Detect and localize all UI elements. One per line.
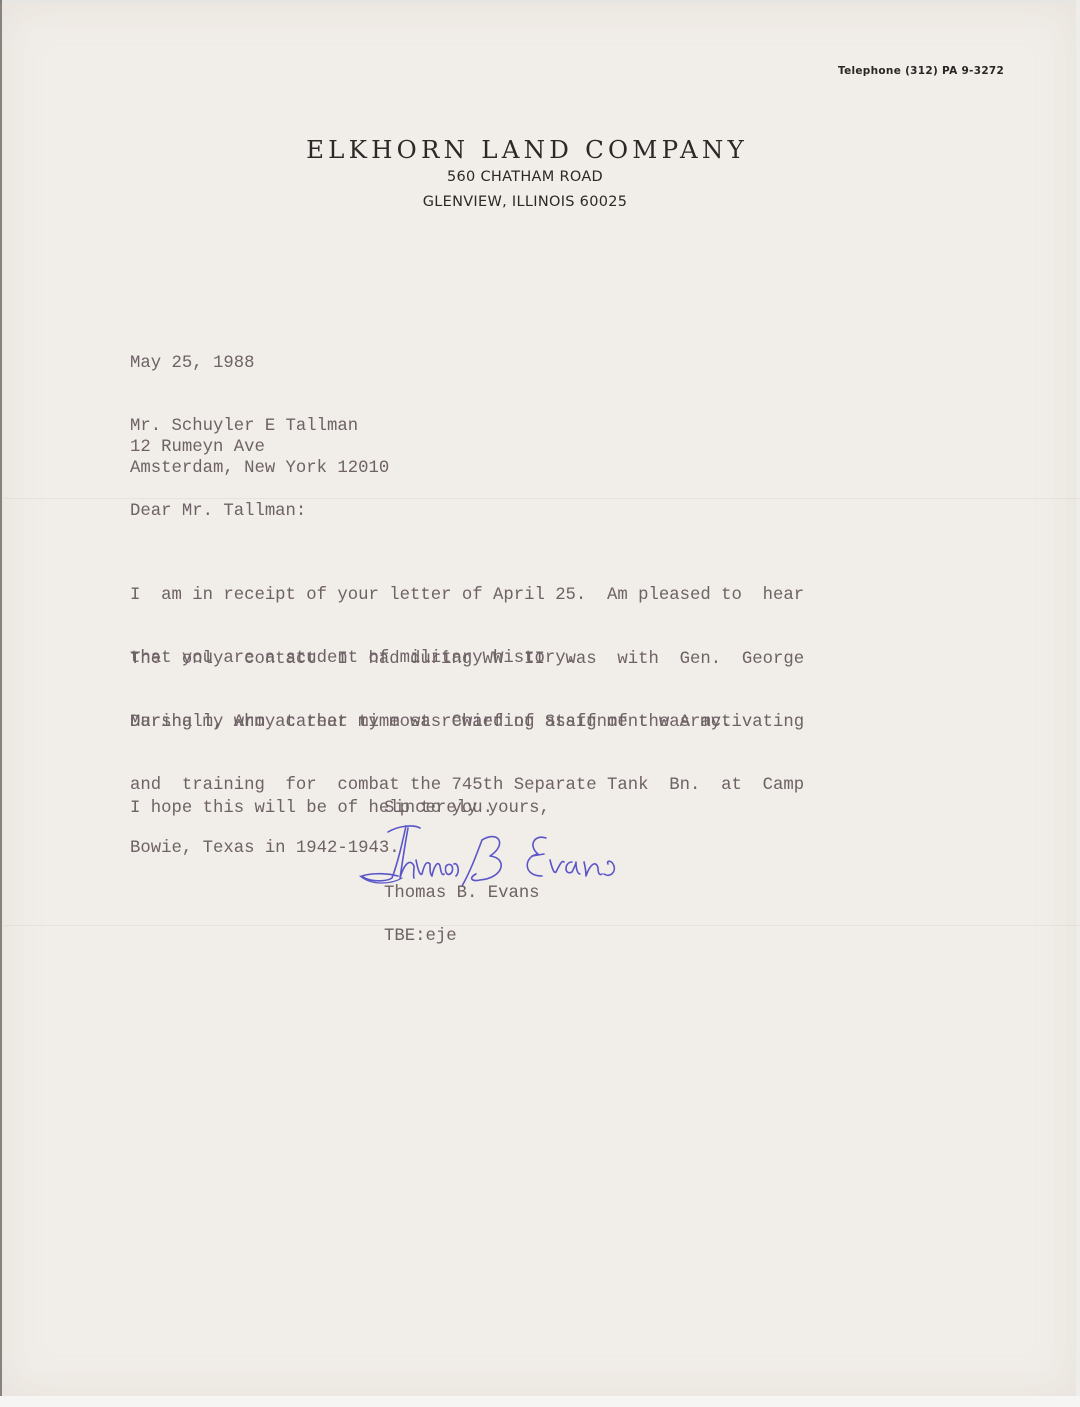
recipient-city: Amsterdam, New York 12010 <box>130 458 389 479</box>
paper-fold-line <box>0 925 1080 926</box>
paragraph-line: The only contact I had during WW II was … <box>130 649 804 670</box>
scan-edge-right <box>1076 0 1080 1407</box>
company-address-street: 560 CHATHAM ROAD <box>0 169 1050 185</box>
scan-edge-bottom <box>0 1396 1080 1407</box>
salutation: Dear Mr. Tallman: <box>130 501 306 522</box>
recipient-name: Mr. Schuyler E Tallman <box>130 416 358 437</box>
paragraph-line: I am in receipt of your letter of April … <box>130 585 804 606</box>
closing: Sincerely yours, <box>384 798 550 819</box>
paper-fold-line <box>0 498 1080 499</box>
signer-name: Thomas B. Evans <box>384 883 540 904</box>
company-name: ELKHORN LAND COMPANY <box>0 135 1054 164</box>
recipient-street: 12 Rumeyn Ave <box>130 437 265 458</box>
reference-initials: TBE:eje <box>384 926 457 947</box>
letter-date: May 25, 1988 <box>130 353 254 374</box>
paragraph-line: During my Army career my most rewarding … <box>130 712 804 733</box>
letterhead-telephone: Telephone (312) PA 9-3272 <box>838 65 1004 77</box>
company-address-city: GLENVIEW, ILLINOIS 60025 <box>0 194 1050 210</box>
